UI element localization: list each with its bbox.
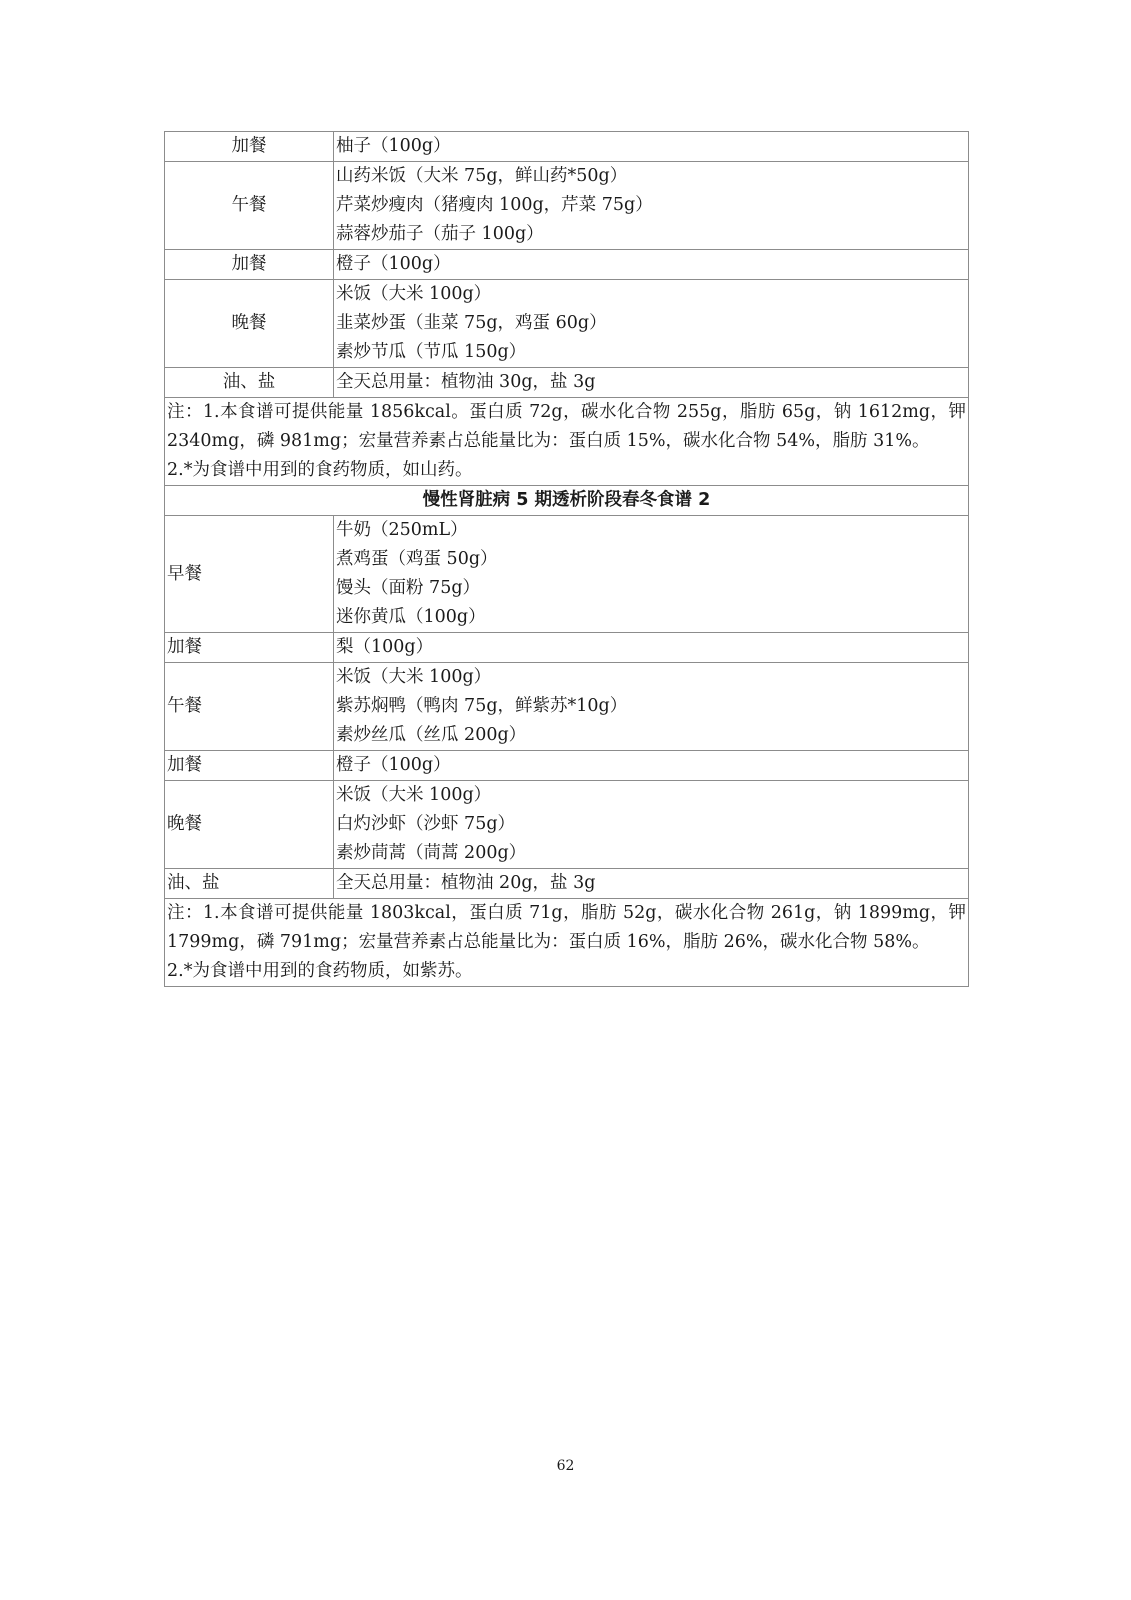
meal-items: 米饭（大米 100g） 白灼沙虾（沙虾 75g） 素炒茼蒿（茼蒿 200g） [334, 781, 969, 869]
meal-label: 晚餐 [165, 280, 334, 368]
table-note-row: 注：1.本食谱可提供能量 1803kcal，蛋白质 71g，脂肪 52g，碳水化… [165, 899, 969, 987]
meal-items: 米饭（大米 100g） 紫苏焖鸭（鸭肉 75g，鲜紫苏*10g） 素炒丝瓜（丝瓜… [334, 663, 969, 751]
table-row: 加餐 梨（100g） [165, 633, 969, 663]
page-number: 62 [0, 1458, 1131, 1474]
meal-label: 油、盐 [165, 368, 334, 398]
food-item: 素炒丝瓜（丝瓜 200g） [336, 721, 966, 750]
food-item: 米饭（大米 100g） [336, 781, 966, 810]
meal-items: 柚子（100g） [334, 132, 969, 162]
note-line-2: 2.*为食谱中用到的食药物质，如紫苏。 [167, 957, 966, 986]
food-item: 紫苏焖鸭（鸭肉 75g，鲜紫苏*10g） [336, 692, 966, 721]
nutrition-note: 注：1.本食谱可提供能量 1856kcal。蛋白质 72g，碳水化合物 255g… [165, 398, 969, 486]
food-item: 迷你黄瓜（100g） [336, 603, 966, 632]
meal-items: 米饭（大米 100g） 韭菜炒蛋（韭菜 75g，鸡蛋 60g） 素炒节瓜（节瓜 … [334, 280, 969, 368]
food-item: 素炒节瓜（节瓜 150g） [336, 338, 966, 367]
food-item: 韭菜炒蛋（韭菜 75g，鸡蛋 60g） [336, 309, 966, 338]
table-row: 油、盐 全天总用量：植物油 30g，盐 3g [165, 368, 969, 398]
meal-items: 橙子（100g） [334, 250, 969, 280]
note-line-1: 注：1.本食谱可提供能量 1856kcal。蛋白质 72g，碳水化合物 255g… [167, 398, 966, 456]
food-item: 全天总用量：植物油 30g，盐 3g [336, 368, 966, 397]
table-row: 晚餐 米饭（大米 100g） 白灼沙虾（沙虾 75g） 素炒茼蒿（茼蒿 200g… [165, 781, 969, 869]
diet-menu-table: 加餐 柚子（100g） 午餐 山药米饭（大米 75g，鲜山药*50g） 芹菜炒瘦… [164, 131, 969, 987]
food-item: 橙子（100g） [336, 250, 966, 279]
meal-label: 午餐 [165, 162, 334, 250]
document-page: 加餐 柚子（100g） 午餐 山药米饭（大米 75g，鲜山药*50g） 芹菜炒瘦… [0, 0, 1131, 1600]
nutrition-note: 注：1.本食谱可提供能量 1803kcal，蛋白质 71g，脂肪 52g，碳水化… [165, 899, 969, 987]
food-item: 芹菜炒瘦肉（猪瘦肉 100g，芹菜 75g） [336, 191, 966, 220]
table-row: 加餐 柚子（100g） [165, 132, 969, 162]
food-item: 白灼沙虾（沙虾 75g） [336, 810, 966, 839]
food-item: 橙子（100g） [336, 751, 966, 780]
food-item: 馒头（面粉 75g） [336, 574, 966, 603]
meal-items: 全天总用量：植物油 30g，盐 3g [334, 368, 969, 398]
meal-label: 加餐 [165, 250, 334, 280]
food-item: 山药米饭（大米 75g，鲜山药*50g） [336, 162, 966, 191]
table-row: 午餐 米饭（大米 100g） 紫苏焖鸭（鸭肉 75g，鲜紫苏*10g） 素炒丝瓜… [165, 663, 969, 751]
table-row: 晚餐 米饭（大米 100g） 韭菜炒蛋（韭菜 75g，鸡蛋 60g） 素炒节瓜（… [165, 280, 969, 368]
food-item: 柚子（100g） [336, 132, 966, 161]
table-row: 加餐 橙子（100g） [165, 250, 969, 280]
meal-label: 晚餐 [165, 781, 334, 869]
food-item: 牛奶（250mL） [336, 516, 966, 545]
table-row: 早餐 牛奶（250mL） 煮鸡蛋（鸡蛋 50g） 馒头（面粉 75g） 迷你黄瓜… [165, 516, 969, 633]
table-row: 油、盐 全天总用量：植物油 20g，盐 3g [165, 869, 969, 899]
table-note-row: 注：1.本食谱可提供能量 1856kcal。蛋白质 72g，碳水化合物 255g… [165, 398, 969, 486]
food-item: 全天总用量：植物油 20g，盐 3g [336, 869, 966, 898]
meal-label: 加餐 [165, 132, 334, 162]
meal-items: 橙子（100g） [334, 751, 969, 781]
food-item: 米饭（大米 100g） [336, 280, 966, 309]
menu-title: 慢性肾脏病 5 期透析阶段春冬食谱 2 [165, 486, 969, 516]
meal-items: 山药米饭（大米 75g，鲜山药*50g） 芹菜炒瘦肉（猪瘦肉 100g，芹菜 7… [334, 162, 969, 250]
meal-label: 加餐 [165, 751, 334, 781]
food-item: 素炒茼蒿（茼蒿 200g） [336, 839, 966, 868]
meal-label: 午餐 [165, 663, 334, 751]
food-item: 梨（100g） [336, 633, 966, 662]
note-line-2: 2.*为食谱中用到的食药物质，如山药。 [167, 456, 966, 485]
meal-items: 牛奶（250mL） 煮鸡蛋（鸡蛋 50g） 馒头（面粉 75g） 迷你黄瓜（10… [334, 516, 969, 633]
meal-label: 早餐 [165, 516, 334, 633]
food-item: 米饭（大米 100g） [336, 663, 966, 692]
meal-label: 油、盐 [165, 869, 334, 899]
table-row: 加餐 橙子（100g） [165, 751, 969, 781]
food-item: 蒜蓉炒茄子（茄子 100g） [336, 220, 966, 249]
note-line-1: 注：1.本食谱可提供能量 1803kcal，蛋白质 71g，脂肪 52g，碳水化… [167, 899, 966, 957]
meal-items: 全天总用量：植物油 20g，盐 3g [334, 869, 969, 899]
meal-label: 加餐 [165, 633, 334, 663]
table-title-row: 慢性肾脏病 5 期透析阶段春冬食谱 2 [165, 486, 969, 516]
meal-items: 梨（100g） [334, 633, 969, 663]
table-row: 午餐 山药米饭（大米 75g，鲜山药*50g） 芹菜炒瘦肉（猪瘦肉 100g，芹… [165, 162, 969, 250]
food-item: 煮鸡蛋（鸡蛋 50g） [336, 545, 966, 574]
